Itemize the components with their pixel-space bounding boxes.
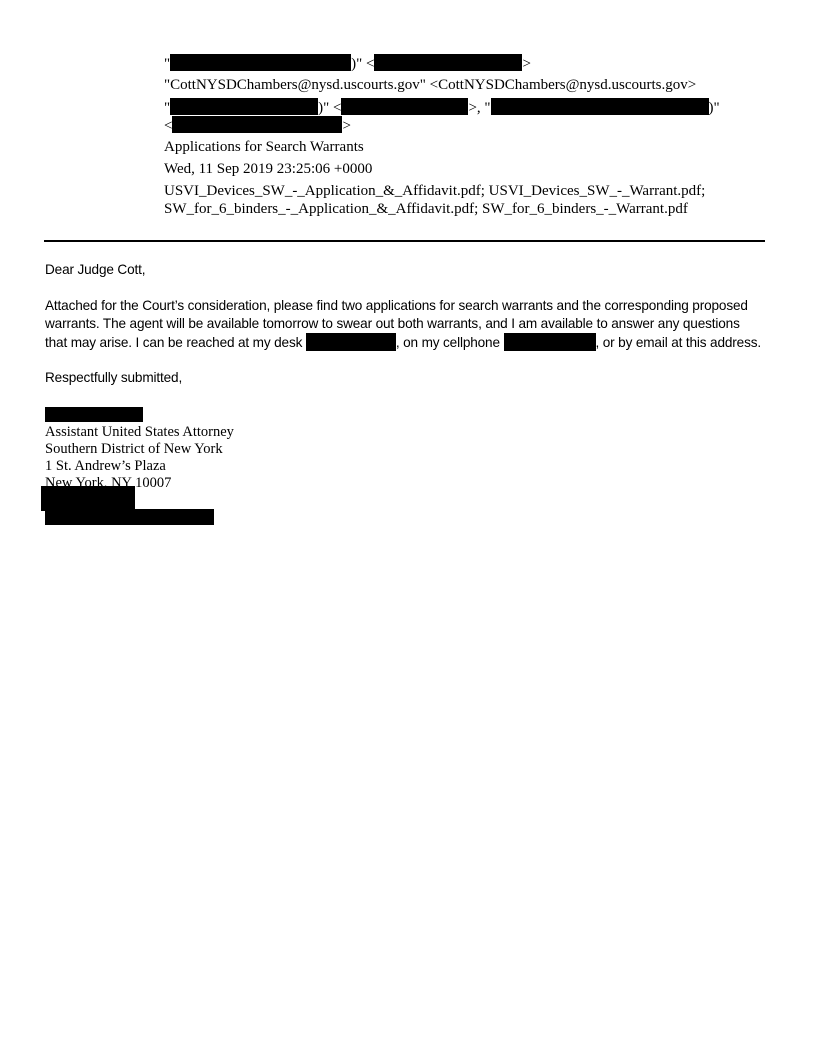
cc-value: ")" <>, ")"	[164, 98, 720, 117]
redacted-cc-email-2	[172, 116, 342, 133]
cc-value-continued: <>	[164, 116, 351, 135]
separator: >	[522, 56, 530, 72]
redacted-signer-phone	[41, 486, 135, 511]
attachments-value-line-1: USVI_Devices_SW_-_Application_&_Affidavi…	[164, 183, 705, 200]
attachments-value-line-2: SW_for_6_binders_-_Application_&_Affidav…	[164, 201, 688, 218]
separator: <	[164, 118, 172, 134]
greeting: Dear Judge Cott,	[45, 261, 145, 279]
separator: )" <	[351, 56, 374, 72]
separator: >, "	[468, 100, 490, 116]
date-value: Wed, 11 Sep 2019 23:25:06 +0000	[164, 161, 372, 178]
paragraph-text: that may arise. I can be reached at my d…	[45, 335, 306, 350]
signature-office: Southern District of New York	[45, 441, 223, 458]
paragraph-line-2: warrants. The agent will be available to…	[45, 315, 740, 333]
subject-value: Applications for Search Warrants	[164, 139, 364, 156]
redacted-cell-phone	[504, 333, 596, 351]
closing: Respectfully submitted,	[45, 369, 182, 387]
redacted-sender-name	[170, 54, 351, 71]
redacted-cc-name-1	[170, 98, 318, 115]
separator: >	[342, 118, 350, 134]
redacted-desk-phone	[306, 333, 396, 351]
paragraph-text: , or by email at this address.	[596, 335, 762, 350]
redacted-cc-name-2	[491, 98, 709, 115]
paragraph-line-3: that may arise. I can be reached at my d…	[45, 333, 761, 352]
redacted-signer-name	[45, 407, 143, 422]
to-value: "CottNYSDChambers@nysd.uscourts.gov" <Co…	[164, 77, 696, 94]
redacted-cc-email-1	[341, 98, 468, 115]
paragraph-text: , on my cellphone	[396, 335, 504, 350]
paragraph-line-1: Attached for the Court’s consideration, …	[45, 297, 748, 315]
redacted-signer-email	[45, 509, 214, 525]
separator: )"	[709, 100, 720, 116]
header-divider	[44, 240, 765, 242]
from-value: ")" <>	[164, 54, 531, 73]
signature-title: Assistant United States Attorney	[45, 424, 234, 441]
separator: )" <	[318, 100, 341, 116]
redacted-sender-email	[374, 54, 522, 71]
signature-street: 1 St. Andrew’s Plaza	[45, 458, 166, 475]
